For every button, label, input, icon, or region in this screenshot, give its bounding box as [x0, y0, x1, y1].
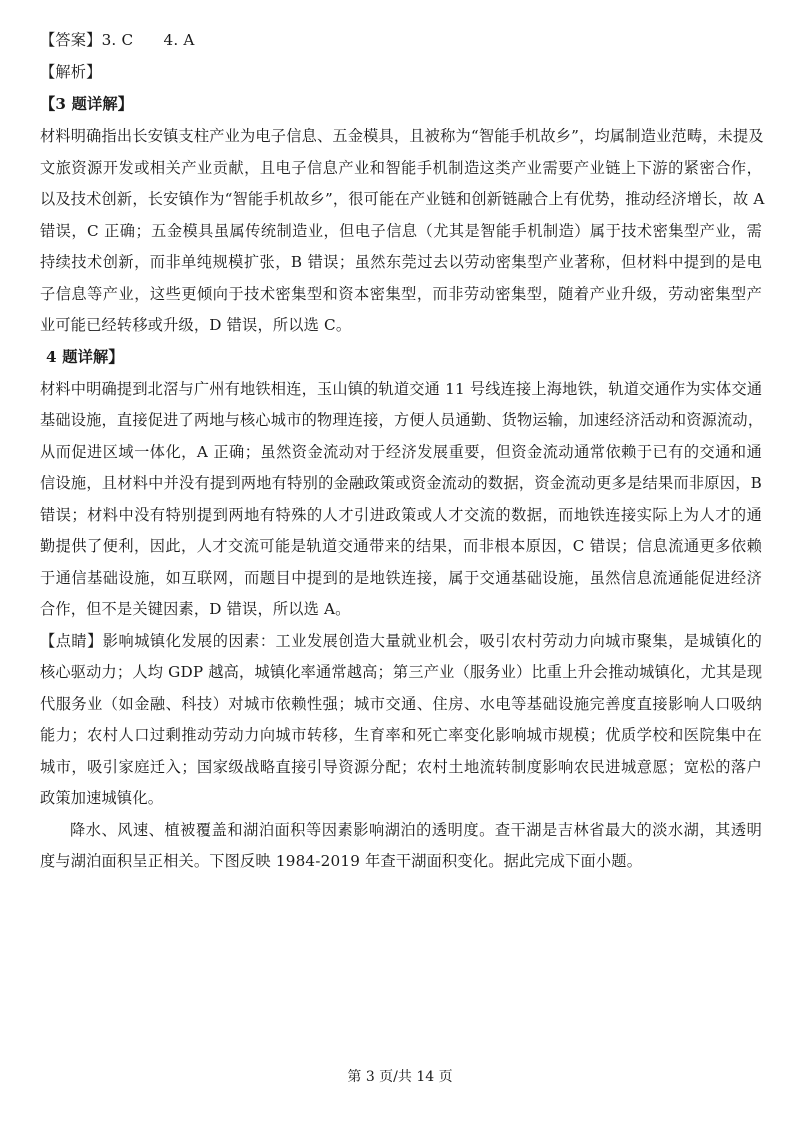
- tip-line: 政策加速城镇化。: [40, 788, 762, 808]
- intro-line: 度与湖泊面积呈正相关。下图反映 1984-2019 年查干湖面积变化。据此完成下…: [40, 851, 762, 871]
- q3-line: 持续技术创新，而非单纯规模扩张，B 错误；虽然东莞过去以劳动密集型产业著称，但材…: [40, 252, 762, 272]
- q4-line: 从而促进区域一体化，A 正确；虽然资金流动对于经济发展重要，但资金流动通常依赖于…: [40, 442, 762, 462]
- tip-line: 能力；农村人口过剩推动劳动力向城市转移，生育率和死亡率变化影响城市规模；优质学校…: [40, 725, 762, 745]
- page-number: 第 3 页/共 14 页: [0, 1066, 800, 1086]
- q4-line: 于通信基础设施，如互联网，而题目中提到的是地铁连接，属于交通基础设施，虽然信息流…: [40, 568, 762, 588]
- tip-line: 核心驱动力；人均 GDP 越高，城镇化率通常越高；第三产业（服务业）比重上升会推…: [40, 662, 762, 682]
- intro-line: 降水、风速、植被覆盖和湖泊面积等因素影响湖泊的透明度。查干湖是吉林省最大的淡水湖…: [70, 820, 762, 840]
- answer-label: 【答案】: [40, 31, 102, 49]
- q4-line: 错误；材料中没有特别提到两地有特殊的人才引进政策或人才交流的数据，而地铁连接实际…: [40, 505, 762, 525]
- q3-line: 材料明确指出长安镇支柱产业为电子信息、五金模具，且被称为“智能手机故乡”，均属制…: [40, 126, 762, 146]
- q3-line: 错误，C 正确；五金模具虽属传统制造业，但电子信息（尤其是智能手机制造）属于技术…: [40, 221, 762, 241]
- tip-line: 【点睛】影响城镇化发展的因素：工业发展创造大量就业机会，吸引农村劳动力向城市聚集…: [40, 631, 762, 651]
- answer-line: 【答案】3. C 4. A: [40, 30, 762, 50]
- q4-line: 材料中明确提到北滘与广州有地铁相连，玉山镇的轨道交通 11 号线连接上海地铁，轨…: [40, 379, 762, 399]
- q4-line: 信设施，且材料中并没有提到两地有特别的金融政策或资金流动的数据，资金流动更多是结…: [40, 473, 762, 493]
- q4-heading: 4 题详解】: [46, 347, 768, 367]
- tip-line: 代服务业（如金融、科技）对城市依赖性强；城市交通、住房、水电等基础设施完善度直接…: [40, 694, 762, 714]
- answer-items: 3. C 4. A: [102, 31, 195, 49]
- q3-line: 子信息等产业，这些更倾向于技术密集型和资本密集型，而非劳动密集型，随着产业升级，…: [40, 284, 762, 304]
- q4-line: 勤提供了便利，因此，人才交流可能是轨道交通带来的结果，而非根本原因，C 错误；信…: [40, 536, 762, 556]
- analysis-label: 【解析】: [40, 62, 762, 82]
- q4-line: 合作，但不是关键因素，D 错误，所以选 A。: [40, 599, 762, 619]
- q3-line: 文旅资源开发或相关产业贡献，且电子信息产业和智能手机制造这类产业需要产业链上下游…: [40, 158, 762, 178]
- q3-heading: 【3 题详解】: [40, 94, 762, 114]
- document-page: 【答案】3. C 4. A 【解析】 【3 题详解】 材料明确指出长安镇支柱产业…: [0, 0, 800, 1126]
- q3-line: 以及技术创新，长安镇作为“智能手机故乡”，很可能在产业链和创新链融合上有优势，推…: [40, 189, 762, 209]
- q4-line: 基础设施，直接促进了两地与核心城市的物理连接，方便人员通勤、货物运输，加速经济活…: [40, 410, 762, 430]
- q3-line: 业可能已经转移或升级，D 错误，所以选 C。: [40, 315, 762, 335]
- tip-line: 城市，吸引家庭迁入；国家级战略直接引导资源分配；农村土地流转制度影响农民进城意愿…: [40, 757, 762, 777]
